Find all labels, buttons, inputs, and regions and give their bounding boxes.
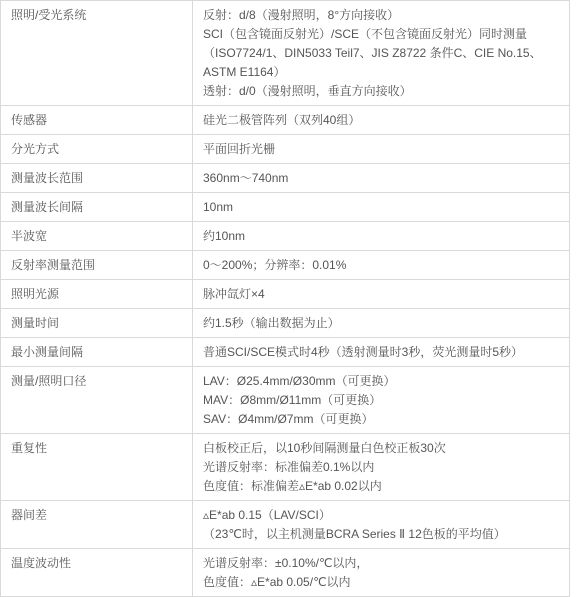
- spec-row-light-source: 照明光源 脉冲氙灯×4: [1, 279, 569, 308]
- spec-row-spectral-separation: 分光方式 平面回折光栅: [1, 134, 569, 163]
- spec-value: 平面回折光栅: [193, 135, 569, 163]
- spec-label: 测量时间: [1, 309, 193, 337]
- spec-value: 360nm～740nm: [193, 164, 569, 192]
- spec-value: 普通SCI/SCE模式时4秒（透射测量时3秒，荧光测量时5秒）: [193, 338, 569, 366]
- spec-value: 10nm: [193, 193, 569, 221]
- spec-row-sensor: 传感器 硅光二极管阵列（双列40组）: [1, 105, 569, 134]
- spec-label: 反射率测量范围: [1, 251, 193, 279]
- spec-row-inter-instrument-agreement: 器间差 ▵E*ab 0.15（LAV/SCI） （23℃时，以主机测量BCRA …: [1, 500, 569, 548]
- spec-value: 硅光二极管阵列（双列40组）: [193, 106, 569, 134]
- spec-label: 照明光源: [1, 280, 193, 308]
- spec-value: 白板校正后，以10秒间隔测量白色校正板30次 光谱反射率：标准偏差0.1%以内 …: [193, 434, 569, 500]
- spec-label: 最小测量间隔: [1, 338, 193, 366]
- spec-row-temperature-drift: 温度波动性 光谱反射率：±0.10%/℃以内， 色度值：▵E*ab 0.05/℃…: [1, 548, 569, 596]
- spec-label: 测量波长间隔: [1, 193, 193, 221]
- spec-row-illumination-system: 照明/受光系统 反射：d/8（漫射照明，8°方向接收） SCI（包含镜面反射光）…: [1, 1, 569, 105]
- spec-label: 温度波动性: [1, 549, 193, 596]
- spec-value: 约10nm: [193, 222, 569, 250]
- spec-label: 半波宽: [1, 222, 193, 250]
- spec-label: 测量波长范围: [1, 164, 193, 192]
- spec-row-measurement-aperture: 测量/照明口径 LAV：Ø25.4mm/Ø30mm（可更换） MAV：Ø8mm/…: [1, 366, 569, 433]
- spec-label: 测量/照明口径: [1, 367, 193, 433]
- spec-value: 脉冲氙灯×4: [193, 280, 569, 308]
- spec-label: 传感器: [1, 106, 193, 134]
- spec-value: 反射：d/8（漫射照明，8°方向接收） SCI（包含镜面反射光）/SCE（不包含…: [193, 1, 569, 105]
- spec-label: 分光方式: [1, 135, 193, 163]
- spec-label: 器间差: [1, 501, 193, 548]
- spec-value: 光谱反射率：±0.10%/℃以内， 色度值：▵E*ab 0.05/℃以内: [193, 549, 569, 596]
- spec-table: 照明/受光系统 反射：d/8（漫射照明，8°方向接收） SCI（包含镜面反射光）…: [0, 0, 570, 597]
- spec-value: 约1.5秒（输出数据为止）: [193, 309, 569, 337]
- spec-row-wavelength-interval: 测量波长间隔 10nm: [1, 192, 569, 221]
- spec-row-half-bandwidth: 半波宽 约10nm: [1, 221, 569, 250]
- spec-value: ▵E*ab 0.15（LAV/SCI） （23℃时，以主机测量BCRA Seri…: [193, 501, 569, 548]
- spec-row-measurement-time: 测量时间 约1.5秒（输出数据为止）: [1, 308, 569, 337]
- spec-row-minimum-interval: 最小测量间隔 普通SCI/SCE模式时4秒（透射测量时3秒，荧光测量时5秒）: [1, 337, 569, 366]
- spec-row-reflectance-range: 反射率测量范围 0～200%；分辨率：0.01%: [1, 250, 569, 279]
- spec-value: LAV：Ø25.4mm/Ø30mm（可更换） MAV：Ø8mm/Ø11mm（可更…: [193, 367, 569, 433]
- spec-row-wavelength-range: 测量波长范围 360nm～740nm: [1, 163, 569, 192]
- spec-value: 0～200%；分辨率：0.01%: [193, 251, 569, 279]
- spec-label: 重复性: [1, 434, 193, 500]
- spec-label: 照明/受光系统: [1, 1, 193, 105]
- spec-row-repeatability: 重复性 白板校正后，以10秒间隔测量白色校正板30次 光谱反射率：标准偏差0.1…: [1, 433, 569, 500]
